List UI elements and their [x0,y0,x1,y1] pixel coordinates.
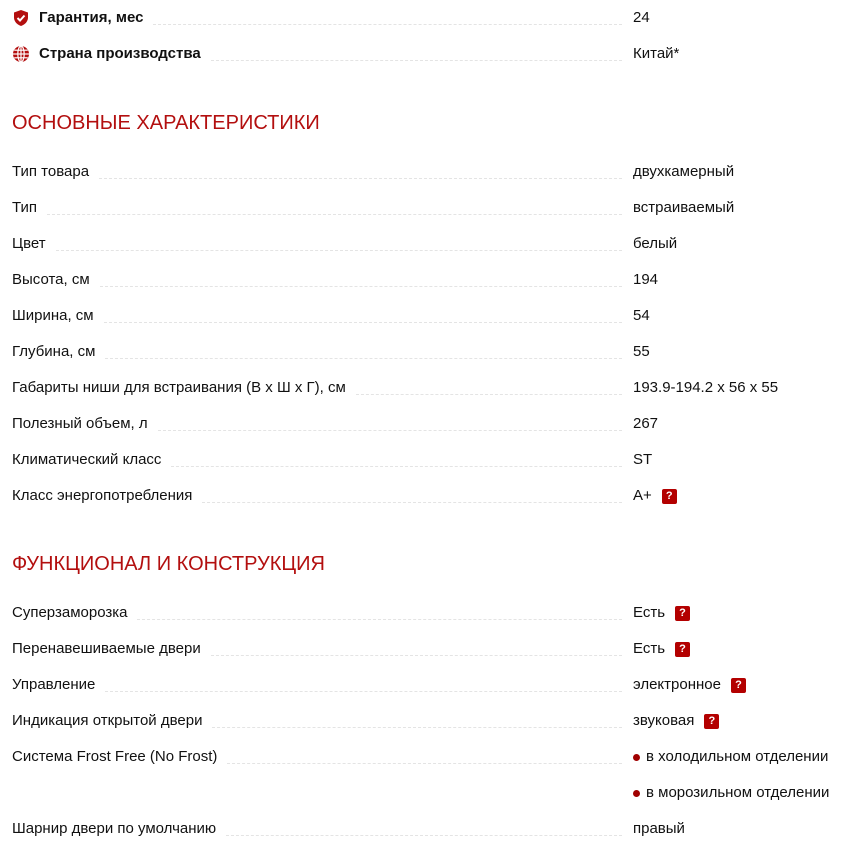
spec-row: Цветбелый [12,234,854,254]
spec-label: Шарнир двери по умолчанию [12,819,226,839]
spec-row: Шарнир двери по умолчаниюправый [12,819,854,839]
spec-value-bullet-item: в холодильном отделении [633,747,828,767]
dotted-leader [47,213,622,215]
spec-value-text: двухкамерный [633,162,734,182]
spec-row: Габариты ниши для встраивания (В х Ш х Г… [12,378,854,398]
spec-label: Полезный объем, л [12,414,158,434]
spec-row: Система Frost Free (No Frost)в холодильн… [12,747,854,767]
help-icon[interactable]: ? [675,642,690,657]
spec-value: A+? [633,486,677,506]
spec-row: Индикация открытой дверизвуковая? [12,711,854,731]
shield-check-icon [12,9,30,27]
spec-value: электронное? [633,675,746,695]
spec-label: Система Frost Free (No Frost) [12,747,227,767]
spec-value: 193.9-194.2 x 56 x 55 [633,378,778,398]
spec-value-text: в морозильном отделении [646,783,829,803]
spec-value-text: электронное [633,675,721,695]
spec-row: Ширина, см54 [12,306,854,326]
spec-label: Перенавешиваемые двери [12,639,211,659]
help-icon[interactable]: ? [662,489,677,504]
spec-label: Индикация открытой двери [12,711,212,731]
help-icon[interactable]: ? [675,606,690,621]
dotted-leader [137,618,622,620]
spec-value: 24 [633,8,650,28]
spec-label: Класс энергопотребления [12,486,202,506]
spec-label: Цвет [12,234,56,254]
dotted-leader [202,501,622,503]
spec-label: Тип [12,198,47,218]
dotted-leader [211,654,622,656]
spec-value-text: 193.9-194.2 x 56 x 55 [633,378,778,398]
dotted-leader [171,465,622,467]
spec-value-text: Есть [633,639,665,659]
spec-row: Класс энергопотребленияA+? [12,486,854,506]
spec-label: Гарантия, мес [12,8,153,28]
dotted-leader [99,177,622,179]
dotted-leader [226,834,622,836]
spec-value-text: ST [633,450,652,470]
spec-value-text: встраиваемый [633,198,734,218]
help-icon[interactable]: ? [731,678,746,693]
spec-value-text: Есть [633,603,665,623]
dotted-leader [100,285,622,287]
spec-row: Высота, см194 [12,270,854,290]
spec-row: Климатический классST [12,450,854,470]
spec-value-text: звуковая [633,711,694,731]
spec-row: Глубина, см55 [12,342,854,362]
spec-value-text: правый [633,819,685,839]
spec-value: Есть? [633,639,690,659]
globe-icon [12,45,30,63]
spec-value: 55 [633,342,650,362]
spec-row: Тип товарадвухкамерный [12,162,854,182]
spec-value-text: 55 [633,342,650,362]
dotted-leader [356,393,622,395]
spec-value-text: 267 [633,414,658,434]
spec-value-text: A+ [633,486,652,506]
spec-value-text: 194 [633,270,658,290]
dotted-leader [227,762,622,764]
spec-label: Страна производства [12,44,211,64]
spec-label: Глубина, см [12,342,105,362]
spec-label: Суперзаморозка [12,603,137,623]
spec-label: Габариты ниши для встраивания (В х Ш х Г… [12,378,356,398]
spec-row: Типвстраиваемый [12,198,854,218]
bullet-icon [633,754,640,761]
spec-value-text: в холодильном отделении [646,747,828,767]
spec-value-text: белый [633,234,677,254]
section-title-main: ОСНОВНЫЕ ХАРАКТЕРИСТИКИ [12,111,320,135]
spec-label: Управление [12,675,105,695]
spec-value: 194 [633,270,658,290]
spec-row-country: Страна производства Китай* [12,44,854,64]
spec-label: Климатический класс [12,450,171,470]
spec-value: встраиваемый [633,198,734,218]
dotted-leader [158,429,622,431]
spec-value: Китай* [633,44,679,64]
dotted-leader [104,321,622,323]
dotted-leader [153,23,622,25]
dotted-leader [105,357,622,359]
spec-value: ST [633,450,652,470]
bullet-icon [633,790,640,797]
spec-value: 267 [633,414,658,434]
dotted-leader [105,690,622,692]
spec-value: правый [633,819,685,839]
spec-value: 54 [633,306,650,326]
spec-row: Перенавешиваемые двериЕсть? [12,639,854,659]
spec-value-bullet-item: в морозильном отделении [633,783,829,803]
spec-value: двухкамерный [633,162,734,182]
spec-label: Ширина, см [12,306,104,326]
spec-row: Полезный объем, л267 [12,414,854,434]
spec-label: Тип товара [12,162,99,182]
dotted-leader [211,59,622,61]
dotted-leader [212,726,622,728]
spec-row-warranty: Гарантия, мес 24 [12,8,854,28]
spec-value: белый [633,234,677,254]
section-title-functional: ФУНКЦИОНАЛ И КОНСТРУКЦИЯ [12,552,325,576]
spec-value: Есть? [633,603,690,623]
spec-value: звуковая? [633,711,719,731]
spec-row: Управлениеэлектронное? [12,675,854,695]
help-icon[interactable]: ? [704,714,719,729]
spec-label: Высота, см [12,270,100,290]
spec-value-text: 54 [633,306,650,326]
dotted-leader [56,249,622,251]
spec-row: СуперзаморозкаЕсть? [12,603,854,623]
